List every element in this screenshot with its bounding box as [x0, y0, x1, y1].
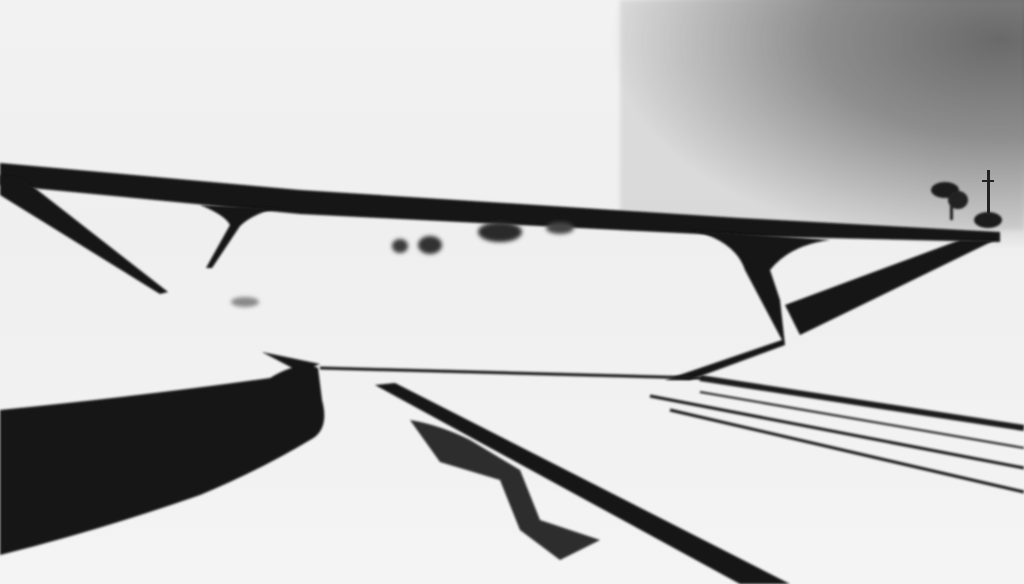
left-haunch [200, 205, 280, 268]
track-shadow [375, 383, 790, 584]
right-pier [665, 230, 995, 380]
photo-drawing [0, 0, 1024, 584]
shrubs [231, 222, 574, 307]
bridge-shadow [0, 352, 324, 555]
bridge-photograph: Black-and-white halftone photograph of a… [0, 0, 1024, 584]
